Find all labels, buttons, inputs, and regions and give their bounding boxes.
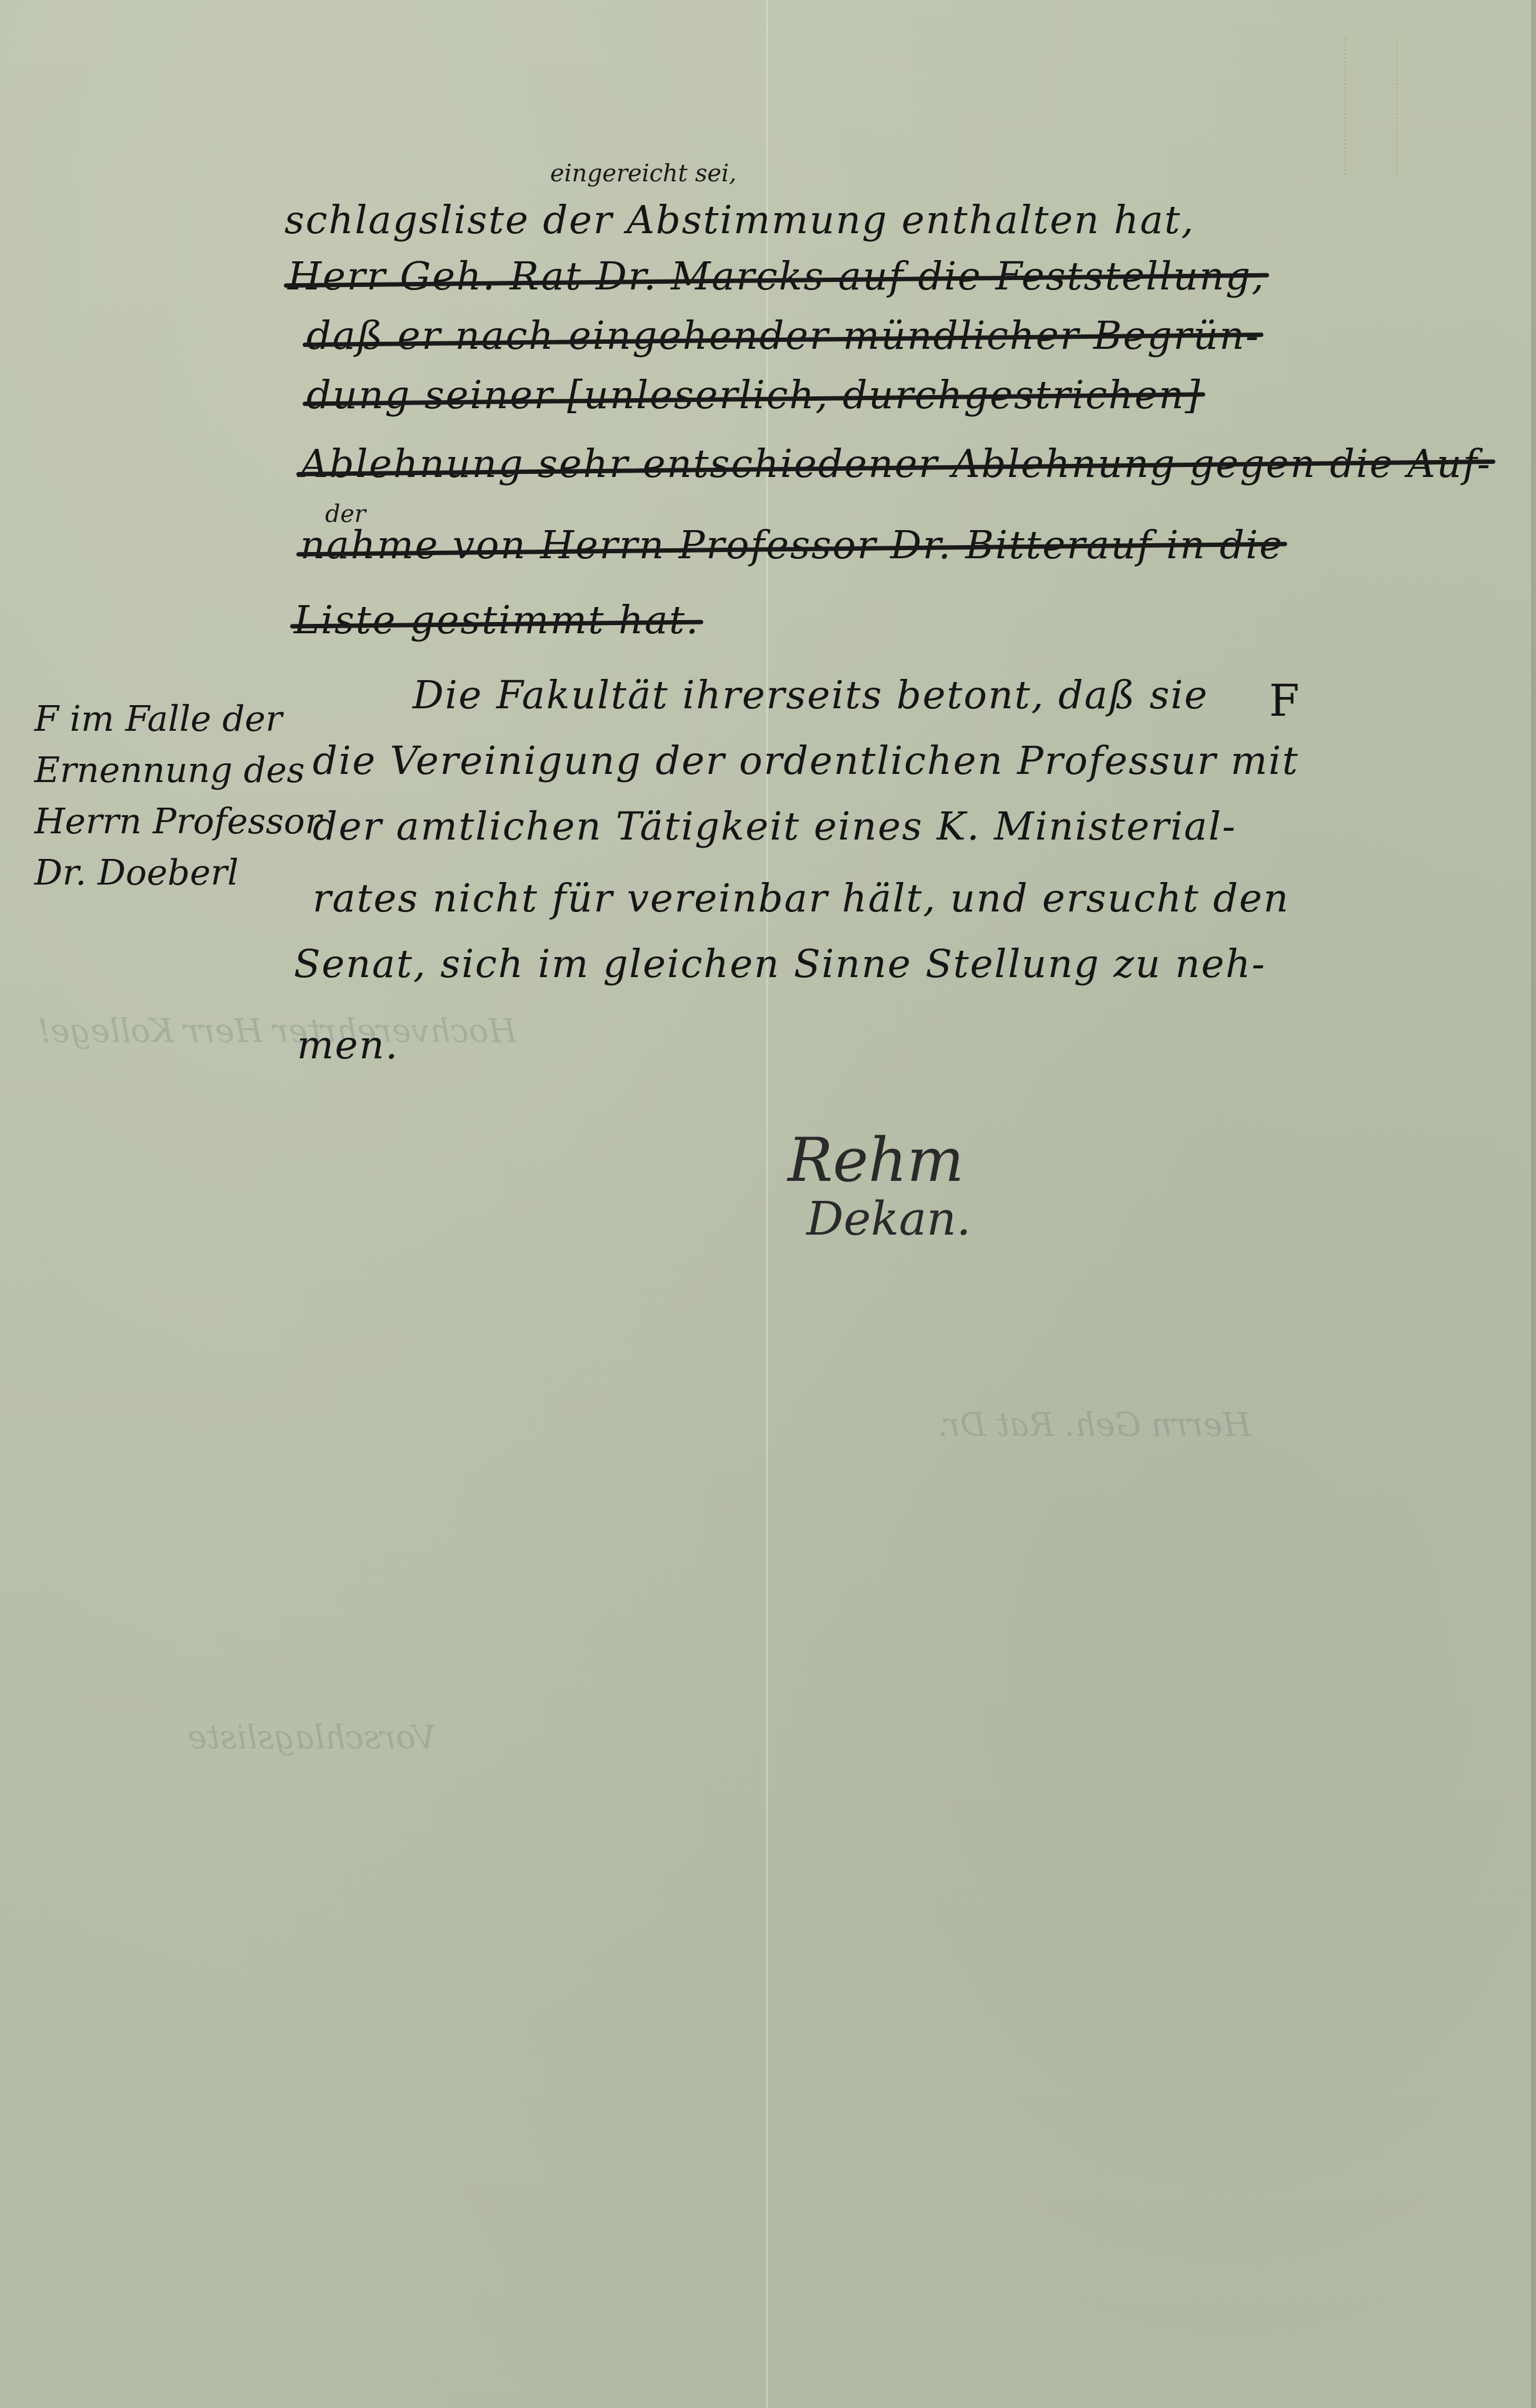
paragraph-line-4: rates nicht für vereinbar hält, und ersu… (313, 875, 1290, 921)
paragraph-line-3: der amtlichen Tätigkeit eines K. Ministe… (313, 803, 1237, 849)
paper-edge (1531, 0, 1536, 2408)
rust-stain (1344, 38, 1398, 175)
insertion-mark-f: F (1269, 675, 1300, 726)
margin-note: F im Falle der Ernennung des Herrn Profe… (34, 694, 321, 899)
bleed-through-text: Hochverehrter Herr Kollege! (38, 1013, 517, 1050)
signature-name: Rehm (788, 1125, 971, 1195)
paper-fold-crease (766, 0, 768, 2408)
paragraph-line-1: Die Fakultät ihrerseits betont, daß sie (413, 672, 1208, 718)
bleed-through-text: Herrn Geh. Rat Dr. (938, 1407, 1251, 1444)
signature-block: Rehm Dekan. (788, 1125, 971, 1246)
bleed-through-text: Vorschlagsliste (188, 1719, 436, 1757)
margin-note-line: Dr. Doeberl (34, 848, 321, 899)
body-line-6-struck: nahme von Herrn Professor Dr. Bitterauf … (300, 522, 1283, 568)
body-line-4-struck: dung seiner [unleserlich, durchgestriche… (306, 372, 1202, 418)
body-line-5-struck: Ablehnung sehr entschiedener Ablehnung g… (300, 441, 1492, 486)
margin-note-line: Herrn Professor (34, 796, 321, 848)
margin-note-line: F im Falle der (34, 694, 321, 745)
body-line-2-struck: Herr Geh. Rat Dr. Marcks auf die Festste… (288, 253, 1265, 299)
insertion-eingereicht: eingereicht sei, (550, 159, 736, 187)
paragraph-line-5: Senat, sich im gleichen Sinne Stellung z… (294, 941, 1266, 986)
body-line-7-struck: Liste gestimmt hat. (294, 597, 700, 643)
signature-title: Dekan. (806, 1192, 971, 1246)
paragraph-line-6: men. (297, 1022, 399, 1068)
body-line-3-struck: daß er nach eingehender mündlicher Begrü… (306, 313, 1260, 358)
paragraph-line-2: die Vereinigung der ordentlichen Profess… (313, 738, 1299, 783)
body-line-1: schlagsliste der Abstimmung enthalten ha… (284, 197, 1195, 243)
margin-note-line: Ernennung des (34, 745, 321, 796)
